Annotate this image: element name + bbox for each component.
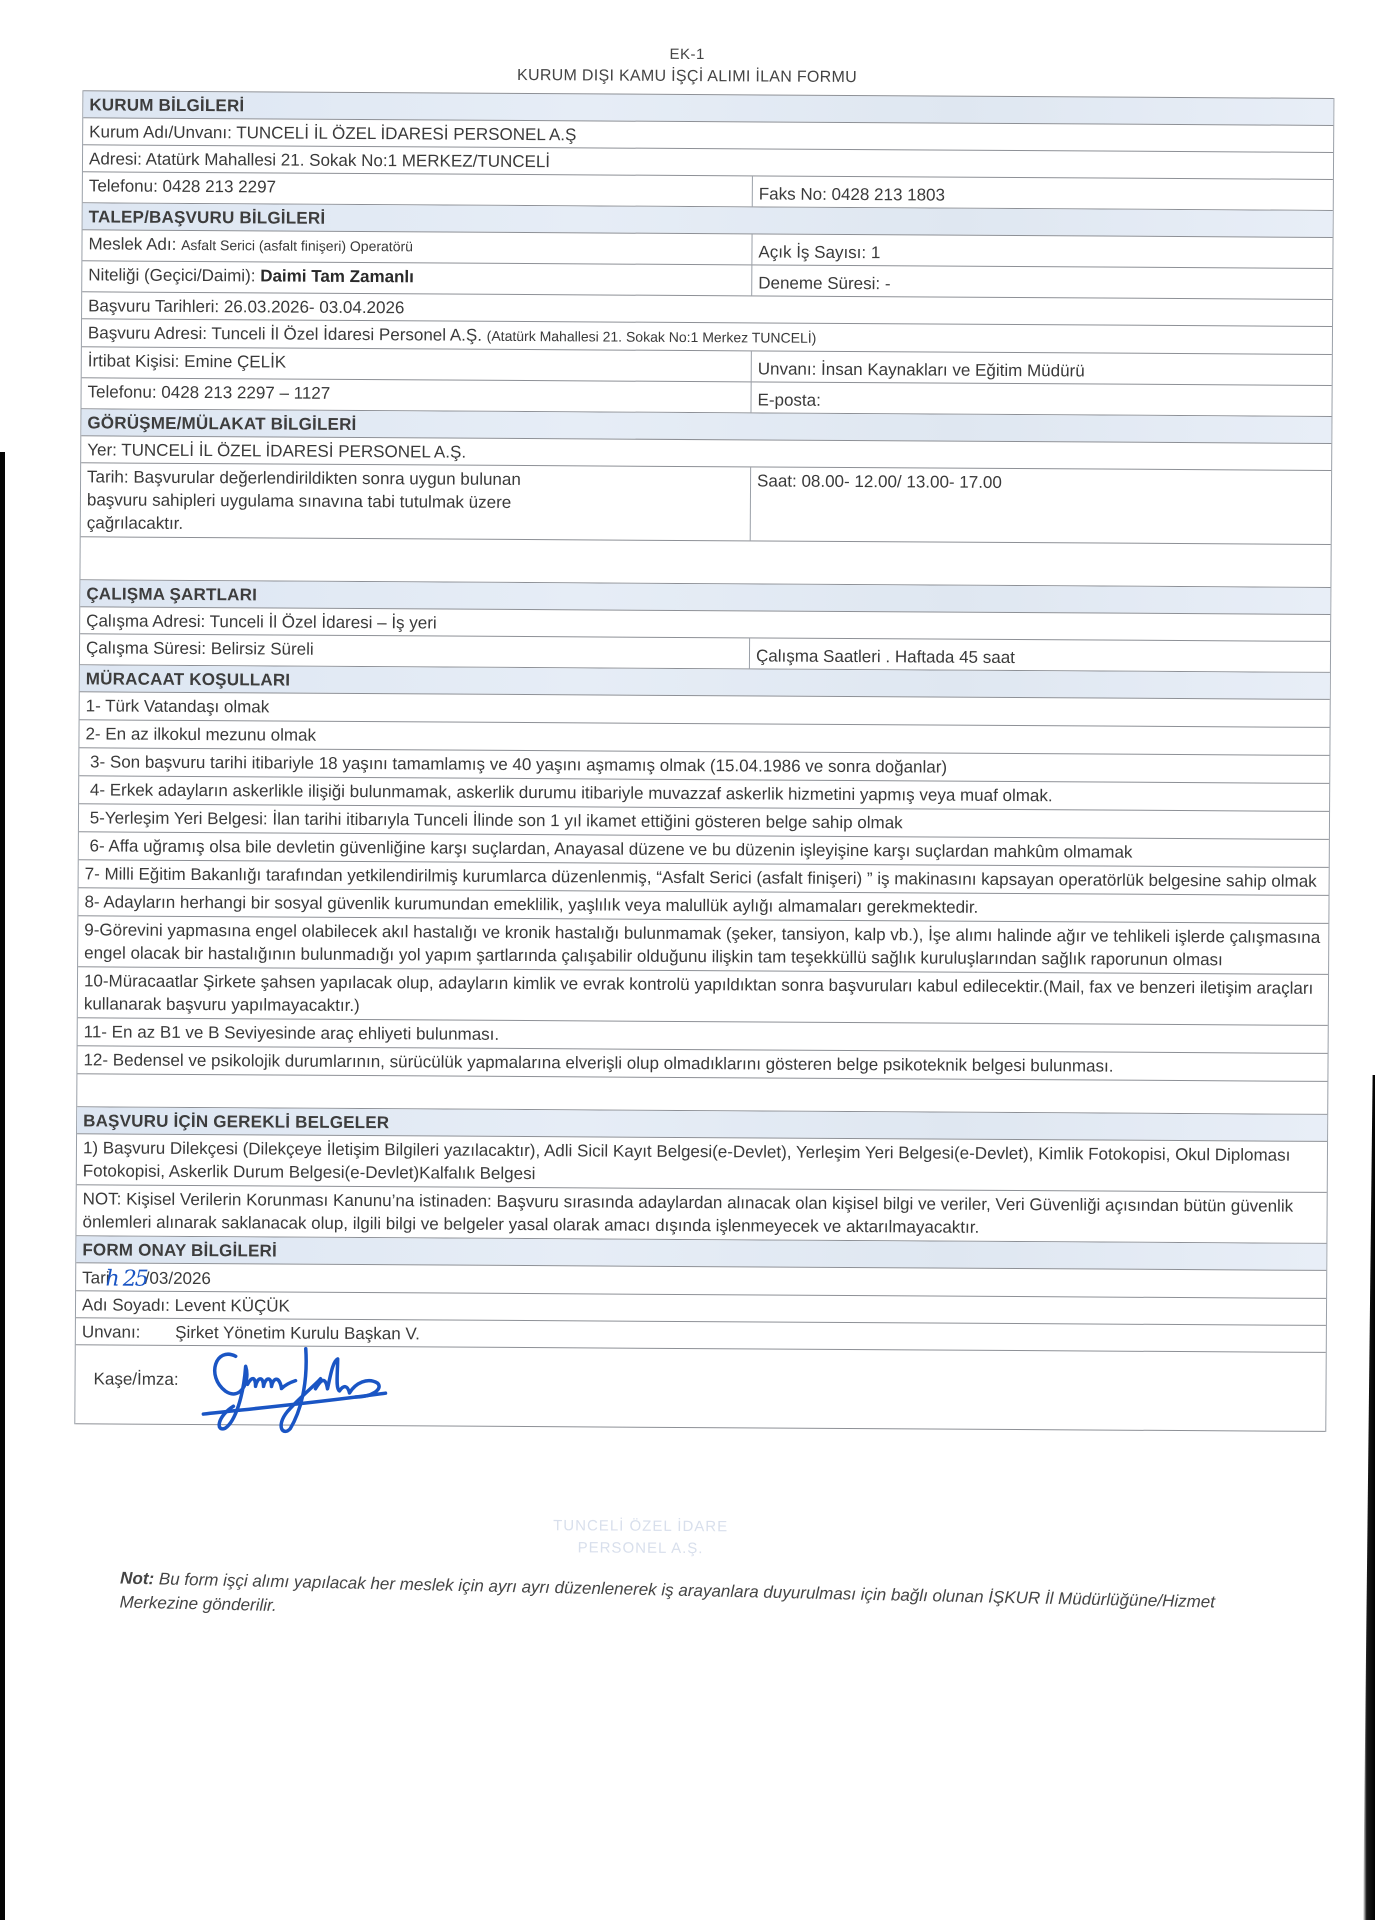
signature-row: Kaşe/İmza: [75,1345,1325,1432]
signature-icon [195,1336,396,1437]
contact-email: E-posta: [751,382,1331,416]
form-row: 1) Başvuru Dilekçesi (Dilekçeye İletişim… [77,1134,1327,1193]
announcement-form: KURUM BİLGİLERİ Kurum Adı/Unvanı: TUNCEL… [74,90,1334,1432]
kvkk-note: NOT: Kişisel Verilerin Korunması Kanunu’… [76,1185,1326,1243]
employment-type-label: Niteliği (Geçici/Daimi): [88,265,255,285]
employment-type: Niteliği (Geçici/Daimi): Daimi Tam Zaman… [82,261,752,295]
condition-text: 9-Görevini yapmasına engel olabilecek ak… [78,916,1328,974]
interview-date-line: başvuru sahipleri uygulama sınavına tabi… [87,488,744,515]
contact-title: Unvanı: İnsan Kaynakları ve Eğitim Müdür… [752,351,1332,385]
interview-date-line: çağrılacaktır. [87,511,744,538]
contact-person: İrtibat Kişisi: Emine ÇELİK [82,347,752,381]
condition-text: 10-Müracaatlar Şirkete şahsen yapılacak … [78,967,1328,1025]
stamp-line: PERSONEL A.Ş. [530,1537,750,1560]
conditions-list: 1- Türk Vatandaşı olmak2- En az ilkokul … [77,692,1329,1082]
interview-time: Saat: 08.00- 12.00/ 13.00- 17.00 [751,467,1331,544]
occupation-value: Asfalt Serici (asfalt finişeri) Operatör… [181,237,413,254]
document-page: EK-1 KURUM DIŞI KAMU İŞÇİ ALIMI İLAN FOR… [0,0,1375,1920]
open-positions: Açık İş Sayısı: 1 [752,234,1332,268]
contact-phone: Telefonu: 0428 213 2297 – 1127 [81,378,751,412]
occupation-name: Meslek Adı: Asfalt Serici (asfalt finişe… [82,230,752,264]
work-duration: Çalışma Süresi: Belirsiz Süreli [80,634,750,668]
approval-date-value: /03/2026 [145,1269,211,1288]
form-row: NOT: Kişisel Verilerin Korunması Kanunu’… [76,1185,1326,1244]
institution-phone: Telefonu: 0428 213 2297 [83,172,753,206]
probation-period: Deneme Süresi: - [752,265,1332,299]
institution-fax: Faks No: 0428 213 1803 [753,176,1333,210]
work-hours: Çalışma Saatleri . Haftada 45 saat [750,638,1330,672]
required-documents: 1) Başvuru Dilekçesi (Dilekçeye İletişim… [77,1134,1327,1192]
stamp-line: TUNCELİ ÖZEL İDARE [531,1515,751,1538]
application-address-detail: (Atatürk Mahallesi 21. Sokak No:1 Merkez… [487,328,817,346]
application-address-label: Başvuru Adresi: Tunceli İl Özel İdaresi … [88,323,482,344]
faded-stamp: TUNCELİ ÖZEL İDARE PERSONEL A.Ş. [530,1515,750,1560]
form-row: Tarih: Başvurular değerlendirildikten so… [81,463,1331,545]
handwritten-day: h 25 [106,1266,147,1291]
interview-date: Tarih: Başvurular değerlendirildikten so… [81,463,751,540]
approver-title-label: Unvanı: [82,1322,141,1341]
blank-row [80,537,1330,588]
document-header: EK-1 KURUM DIŞI KAMU İŞÇİ ALIMI İLAN FOR… [0,40,1375,92]
condition-row: 9-Görevini yapmasına engel olabilecek ak… [78,916,1328,975]
footer-note-text: Bu form işçi alımı yapılacak her meslek … [119,1569,1215,1615]
employment-type-value: Daimi Tam Zamanlı [260,266,414,286]
footer-note: Not: Bu form işçi alımı yapılacak her me… [119,1567,1250,1640]
occupation-label: Meslek Adı: [88,234,176,254]
condition-row: 10-Müracaatlar Şirkete şahsen yapılacak … [78,967,1328,1026]
footer-note-label: Not: [120,1569,154,1589]
stamp-signature-label: Kaşe/İmza: [94,1369,179,1390]
